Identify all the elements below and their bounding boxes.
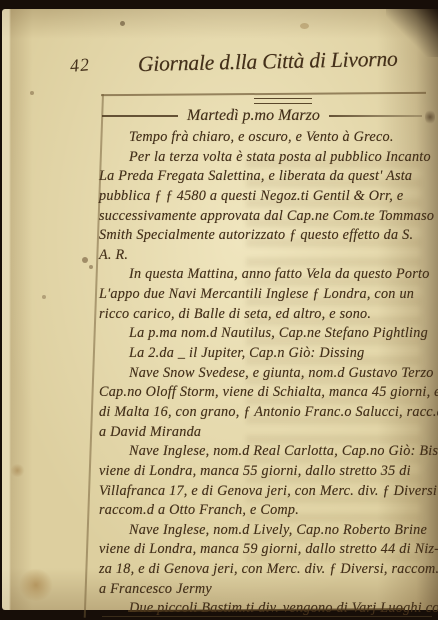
paragraph: Nave Inglese, nom.d Lively, Cap.no Rober… [99, 522, 428, 601]
ink-speck [120, 21, 125, 26]
manuscript-line: Per la terza volta è stata posta al pubb… [99, 149, 428, 169]
manuscript-body: Tempo frà chiaro, e oscuro, e Vento à Gr… [99, 129, 428, 620]
paper-stain [300, 23, 309, 29]
manuscript-line: a Francesco Jermy [99, 581, 428, 601]
manuscript-line: La p.ma nom.d Nautilus, Cap.ne Stefano P… [99, 325, 428, 345]
ink-speck [89, 265, 93, 269]
edge-stain [425, 109, 435, 125]
manuscript-line: A. R. [99, 247, 428, 267]
manuscript-line: L'appo due Navi Mercantili Inglese ƒ Lon… [99, 286, 428, 306]
manuscript-line: Tempo frà chiaro, e oscuro, e Vento à Gr… [99, 129, 428, 149]
paragraph: La 2.da _ il Jupiter, Cap.n Giò: Dissing [99, 345, 428, 365]
date-rule-left [102, 115, 178, 117]
ink-speck [42, 295, 46, 299]
manuscript-line: ricco carico, di Balle di seta, ed altro… [99, 306, 428, 326]
paragraph: In questa Mattina, anno fatto Vela da qu… [99, 266, 428, 325]
manuscript-line: Nave Inglese, nom.d Real Carlotta, Cap.n… [99, 443, 428, 463]
paragraph: Tempo frà chiaro, e oscuro, e Vento à Gr… [99, 129, 428, 149]
manuscript-line: Cap.no Oloff Storm, viene di Schialta, m… [99, 384, 428, 404]
manuscript-line: pubblica ƒ ƒ 4580 a questi Negoz.ti Gent… [99, 188, 428, 208]
page-number: 42 [69, 54, 91, 77]
manuscript-line: La 2.da _ il Jupiter, Cap.n Giò: Dissing [99, 345, 428, 365]
paragraph: Nave Snow Svedese, e giunta, nom.d Gusta… [99, 365, 428, 444]
manuscript-line: Villafranca 17, e di Genova jeri, con Me… [99, 483, 428, 503]
manuscript-line: Nave Snow Svedese, e giunta, nom.d Gusta… [99, 365, 428, 385]
manuscript-line: viene di Londra, manca 59 giorni, dallo … [99, 541, 428, 561]
manuscript-line: a David Miranda [99, 424, 428, 444]
ink-speck [30, 91, 34, 95]
paper-stain [10, 464, 25, 477]
title-underline-rule [101, 92, 426, 96]
manuscript-page: 42 Giornale d.lla Città di Livorno Marte… [2, 9, 438, 610]
manuscript-line: In questa Mattina, anno fatto Vela da qu… [99, 266, 428, 286]
paragraph: Nave Inglese, nom.d Real Carlotta, Cap.n… [99, 443, 428, 522]
bottom-ruled-line [102, 616, 432, 617]
manuscript-line: Smith Specialmente autorizzato ƒ questo … [99, 227, 428, 247]
manuscript-line: La Preda Fregata Salettina, e liberata d… [99, 168, 428, 188]
manuscript-line: di Malta 16, con grano, ƒ Antonio Franc.… [99, 404, 428, 424]
manuscript-line: successivamente approvata dal Cap.ne Com… [99, 208, 428, 228]
section-double-rule [254, 98, 312, 104]
ink-speck [82, 257, 88, 263]
paragraph: Per la terza volta è stata posta al pubb… [99, 149, 428, 267]
journal-title: Giornale d.lla Città di Livorno [138, 46, 434, 77]
manuscript-line: Nave Inglese, nom.d Lively, Cap.no Rober… [99, 522, 428, 542]
date-rule-right [329, 115, 422, 117]
manuscript-line: viene di Londra, manca 55 giorni, dallo … [99, 463, 428, 483]
manuscript-line: za 18, e di Genova jeri, con Merc. div. … [99, 561, 428, 581]
paper-stain [18, 569, 54, 601]
date-heading: Martedì p.mo Marzo [178, 107, 329, 125]
manuscript-line: raccom.d a Otto Franch, e Comp. [99, 502, 428, 522]
date-heading-row: Martedì p.mo Marzo [102, 107, 422, 125]
manuscript-photo: 42 Giornale d.lla Città di Livorno Marte… [0, 0, 438, 620]
paragraph: La p.ma nom.d Nautilus, Cap.ne Stefano P… [99, 325, 428, 345]
